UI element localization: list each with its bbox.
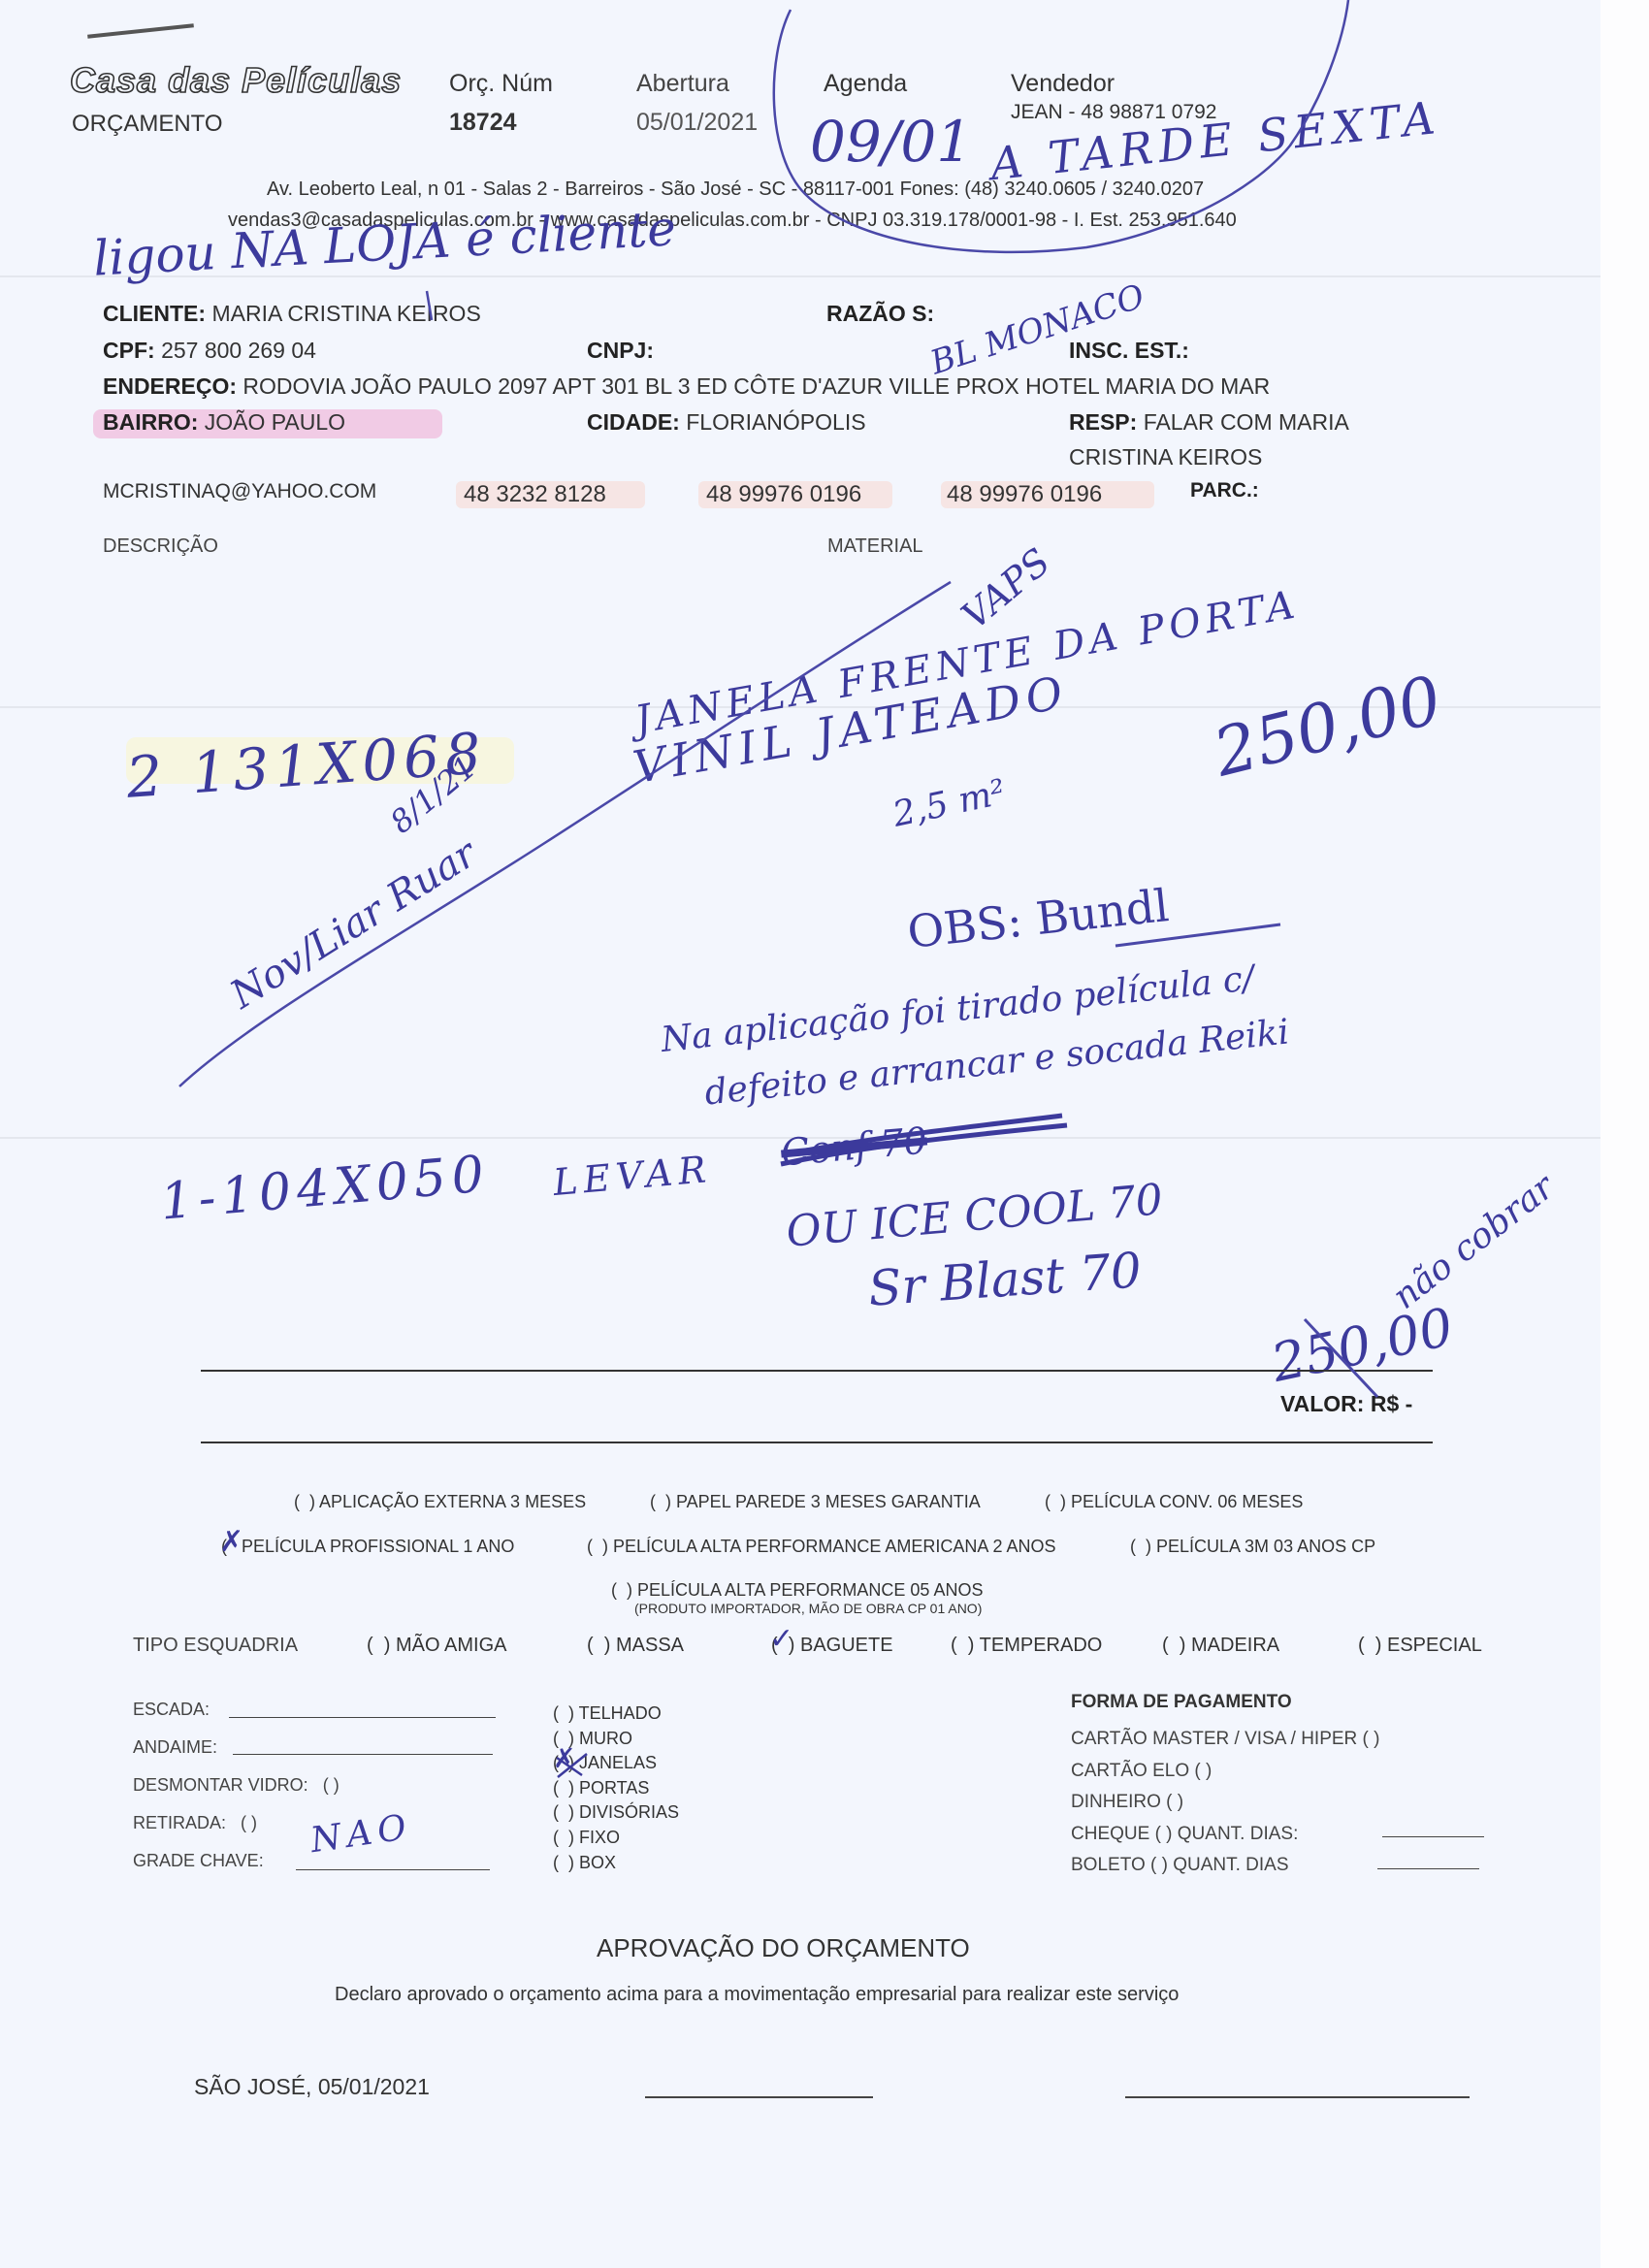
warranty-option[interactable]: ( ) PELÍCULA 3M 03 ANOS CP — [1130, 1537, 1375, 1557]
warranty-note: (PRODUTO IMPORTADOR, MÃO DE OBRA CP 01 A… — [634, 1601, 982, 1616]
warranty-option[interactable]: ( ) PELÍCULA ALTA PERFORMANCE AMERICANA … — [587, 1537, 1055, 1557]
escada-label: ESCADA: — [133, 1700, 210, 1720]
boleto-days-input[interactable] — [1377, 1868, 1479, 1869]
agenda-label: Agenda — [824, 70, 907, 98]
payment-option-cheque[interactable]: CHEQUE ( ) QUANT. DIAS: — [1071, 1819, 1379, 1851]
approval-place-date: SÃO JOSÉ, 05/01/2021 — [194, 2074, 430, 2100]
location-option[interactable]: ( ) DIVISÓRIAS — [553, 1800, 679, 1826]
cpf-value: 257 800 269 04 — [161, 338, 316, 363]
grade-chave-label: GRADE CHAVE: — [133, 1851, 264, 1871]
payment-options: CARTÃO MASTER / VISA / HIPER ( ) CARTÃO … — [1071, 1724, 1379, 1882]
client-phone-2: 48 99976 0196 — [706, 481, 861, 508]
check-mark-icon: ✓ — [769, 1622, 793, 1656]
cheque-days-input[interactable] — [1382, 1836, 1484, 1837]
scan-margin — [1600, 0, 1649, 2268]
warranty-option[interactable]: ( ) APLICAÇÃO EXTERNA 3 MESES — [294, 1492, 586, 1512]
payment-option-card[interactable]: CARTÃO MASTER / VISA / HIPER ( ) — [1071, 1724, 1379, 1756]
warranty-option[interactable]: ( ) PELÍCULA CONV. 06 MESES — [1045, 1492, 1303, 1512]
cidade-field: CIDADE: FLORIANÓPOLIS — [587, 409, 866, 436]
endereco-value: RODOVIA JOÃO PAULO 2097 APT 301 BL 3 ED … — [242, 373, 1270, 399]
location-option[interactable]: ( ) BOX — [553, 1851, 679, 1876]
location-option[interactable]: ( ) PORTAS — [553, 1776, 679, 1801]
esquadria-label: TIPO ESQUADRIA — [133, 1635, 298, 1657]
company-signature-line[interactable] — [1125, 2096, 1470, 2098]
parc-label: PARC.: — [1190, 479, 1259, 502]
client-signature-line[interactable] — [645, 2096, 873, 2098]
abertura-label: Abertura — [636, 70, 729, 98]
cliente-field: CLIENTE: MARIA CRISTINA KEIROS — [103, 301, 481, 327]
insc-est-label: INSC. EST.: — [1069, 338, 1189, 364]
material-label: MATERIAL — [827, 535, 923, 558]
orc-num-label: Orç. Núm — [449, 70, 553, 98]
payment-title: FORMA DE PAGAMENTO — [1071, 1692, 1292, 1713]
esquadria-option[interactable]: ( ) MADEIRA — [1162, 1635, 1279, 1657]
doc-type: ORÇAMENTO — [72, 111, 223, 138]
valor-bottom-line — [201, 1442, 1433, 1443]
descricao-label: DESCRIÇÃO — [103, 535, 218, 558]
resp-value: FALAR COM MARIA — [1144, 409, 1349, 435]
warranty-option[interactable]: ( ) PELÍCULA ALTA PERFORMANCE 05 ANOS — [611, 1580, 983, 1601]
client-phone-1: 48 3232 8128 — [464, 481, 606, 508]
andaime-input[interactable] — [233, 1754, 493, 1755]
resp-field: RESP: FALAR COM MARIA — [1069, 409, 1349, 436]
approval-title: APROVAÇÃO DO ORÇAMENTO — [597, 1933, 970, 1963]
location-option[interactable]: ( ) FIXO — [553, 1826, 679, 1851]
check-mark-icon: ✗ — [219, 1525, 243, 1559]
payment-option-elo[interactable]: CARTÃO ELO ( ) — [1071, 1756, 1379, 1788]
approval-statement: Declaro aprovado o orçamento acima para … — [335, 1984, 1179, 2006]
payment-option-boleto[interactable]: BOLETO ( ) QUANT. DIAS — [1071, 1850, 1379, 1882]
razao-label: RAZÃO S: — [826, 301, 934, 327]
esquadria-option[interactable]: ( ) ESPECIAL — [1358, 1635, 1482, 1657]
escada-input[interactable] — [229, 1717, 496, 1718]
orc-num-value: 18724 — [449, 109, 517, 137]
vendedor-label: Vendedor — [1011, 70, 1115, 98]
retirada-field[interactable]: RETIRADA: ( ) — [133, 1813, 257, 1833]
location-option[interactable]: ( ) TELHADO — [553, 1701, 679, 1727]
esquadria-option[interactable]: ( ) MÃO AMIGA — [367, 1635, 506, 1657]
bairro-field: BAIRRO: JOÃO PAULO — [103, 409, 345, 436]
valor-label: VALOR: R$ - — [1280, 1391, 1412, 1417]
company-logo: Casa das Películas — [70, 60, 402, 101]
andaime-label: ANDAIME: — [133, 1737, 217, 1758]
warranty-option[interactable]: ( ) PAPEL PAREDE 3 MESES GARANTIA — [650, 1492, 981, 1512]
grade-chave-input[interactable] — [296, 1869, 490, 1870]
handwritten-agenda-date: 09/01 — [810, 109, 972, 175]
cidade-value: FLORIANÓPOLIS — [686, 409, 865, 435]
warranty-option-checked[interactable]: ( PELÍCULA PROFISSIONAL 1 ANO — [221, 1537, 514, 1557]
valor-top-line — [201, 1370, 1433, 1372]
esquadria-option[interactable]: ( ) MASSA — [587, 1635, 684, 1657]
check-mark-icon: ✗ — [553, 1742, 575, 1774]
payment-option-cash[interactable]: DINHEIRO ( ) — [1071, 1787, 1379, 1819]
desmontar-field[interactable]: DESMONTAR VIDRO: ( ) — [133, 1775, 339, 1796]
cnpj-label: CNPJ: — [587, 338, 654, 364]
locations-list: ( ) TELHADO ( ) MURO ( ) JANELAS ( ) POR… — [553, 1701, 679, 1875]
cpf-field: CPF: 257 800 269 04 — [103, 338, 316, 364]
client-email: MCRISTINAQ@YAHOO.COM — [103, 480, 376, 503]
abertura-value: 05/01/2021 — [636, 109, 758, 137]
resp-value-line2: CRISTINA KEIROS — [1069, 444, 1262, 470]
bairro-value: JOÃO PAULO — [205, 409, 345, 435]
endereco-field: ENDEREÇO: RODOVIA JOÃO PAULO 2097 APT 30… — [103, 373, 1270, 400]
client-phone-3: 48 99976 0196 — [947, 481, 1102, 508]
esquadria-option[interactable]: ( ) TEMPERADO — [951, 1635, 1102, 1657]
cliente-value: MARIA CRISTINA KEIROS — [211, 301, 480, 326]
